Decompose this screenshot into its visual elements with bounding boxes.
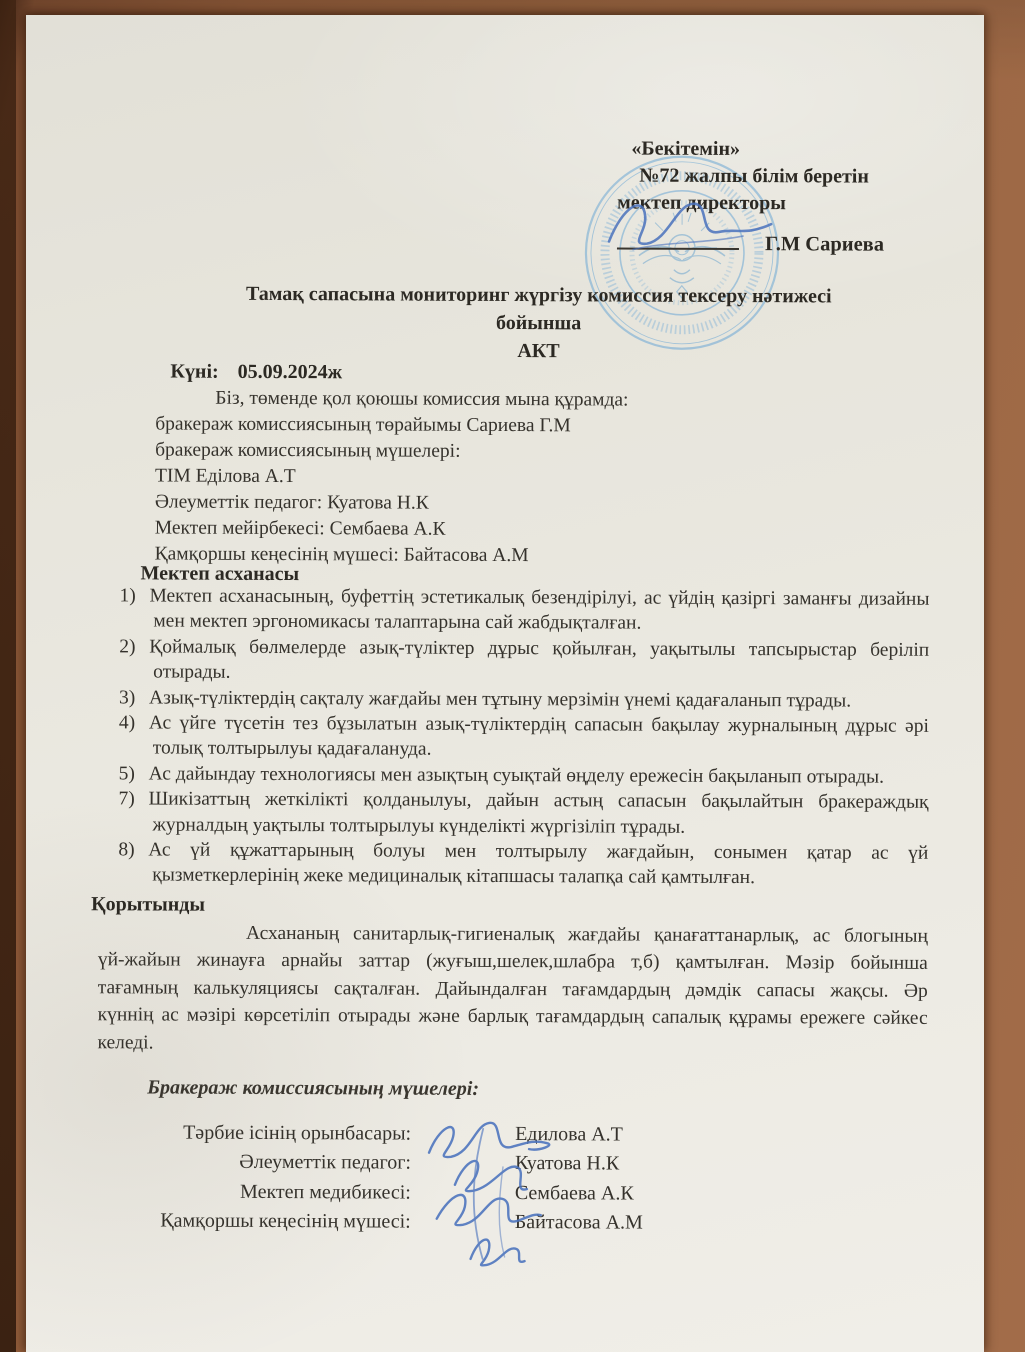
commission-intro: Біз, төменде қол қоюшы комиссия мына құр… [155,385,933,414]
commission-line: Мектеп мейірбекесі: Сембаева А.К [155,515,933,544]
list-item: 1)Мектеп асханасының, буфеттің эстетикал… [119,583,929,637]
item-text: Мектеп асханасының, буфеттің эстетикалық… [149,585,929,634]
list-item: 5)Ас дайындау технологиясы мен азықтың с… [119,761,929,790]
signer-role: Қамқоршы кеңесінің мүшесі: [81,1209,411,1233]
item-number: 7) [119,787,149,813]
list-item: 8)Ас үй құжаттарының болуы мен толтырылу… [118,837,928,891]
document-content: «Бекітемін» №72 жалпы білім беретін мект… [20,13,984,1352]
date-value: 05.09.2024ж [238,361,343,383]
conclusion-heading: Қорытынды [91,893,205,916]
school-name: №72 жалпы білім беретін [617,162,947,190]
list-item: 4)Ас үйге түсетін тез бұзылатын азық-түл… [119,710,929,764]
director-signature-ink [603,191,803,264]
members-signature-ink [408,1107,579,1288]
photo-edge-shadow [0,0,16,1352]
signer-role: Әлеуметтік педагог: [81,1151,411,1175]
title-line-2: бойынша [139,307,939,338]
document-sheet: «Бекітемін» №72 жалпы білім беретін мект… [26,15,984,1352]
item-text: Ас үйге түсетін тез бұзылатын азық-түлік… [149,712,929,760]
findings-list: 1)Мектеп асханасының, буфеттің эстетикал… [118,583,929,891]
members-heading: Бракераж комиссиясының мүшелері: [147,1076,479,1100]
list-item: 2)Қоймалық бөлмелерде азық-түліктер дұры… [119,634,929,688]
item-text: Шикізаттың жеткілікті қолданылуы, дайын … [149,789,929,838]
item-number: 5) [119,761,149,787]
list-item: 3)Азық-түліктердің сақталу жағдайы мен т… [119,685,929,714]
commission-line: ТІМ Еділова А.Т [155,463,933,492]
commission-line: бракераж комиссиясының төрайымы Сариева … [155,411,933,440]
date-row: Күні: 05.09.2024ж [170,361,342,385]
item-number: 4) [119,710,149,736]
commission-line: Әлеуметтік педагог: Куатова Н.К [155,489,933,518]
commission-line: бракераж комиссиясының мүшелері: [155,437,933,466]
document-title: Тамақ сапасына мониторинг жүргізу комисс… [138,279,938,366]
item-text: Азық-түліктердің сақталу жағдайы мен тұт… [149,687,851,711]
approval-word: «Бекітемін» [617,135,947,163]
item-number: 1) [119,583,149,609]
commission-block: Біз, төменде қол қоюшы комиссия мына құр… [155,385,934,570]
date-label: Күні: [170,361,218,383]
item-text: Қоймалық бөлмелерде азық-түліктер дұрыс … [149,636,929,683]
item-number: 2) [119,634,149,660]
signer-role: Мектеп медибикесі: [81,1180,411,1204]
item-text: Ас дайындау технологиясы мен азықтың суы… [149,763,884,787]
item-number: 8) [118,837,148,863]
item-number: 3) [119,685,149,711]
title-line-1: Тамақ сапасына мониторинг жүргізу комисс… [139,279,939,310]
conclusion-text: Асхананың санитарлық-гигиеналық жағдайы … [97,919,928,1060]
item-text: Ас үй құжаттарының болуы мен толтырылу ж… [148,840,928,889]
signer-role: Тәрбие ісінің орынбасары: [81,1121,411,1145]
list-item: 7)Шикізаттың жеткілікті қолданылуы, дайы… [118,787,928,841]
